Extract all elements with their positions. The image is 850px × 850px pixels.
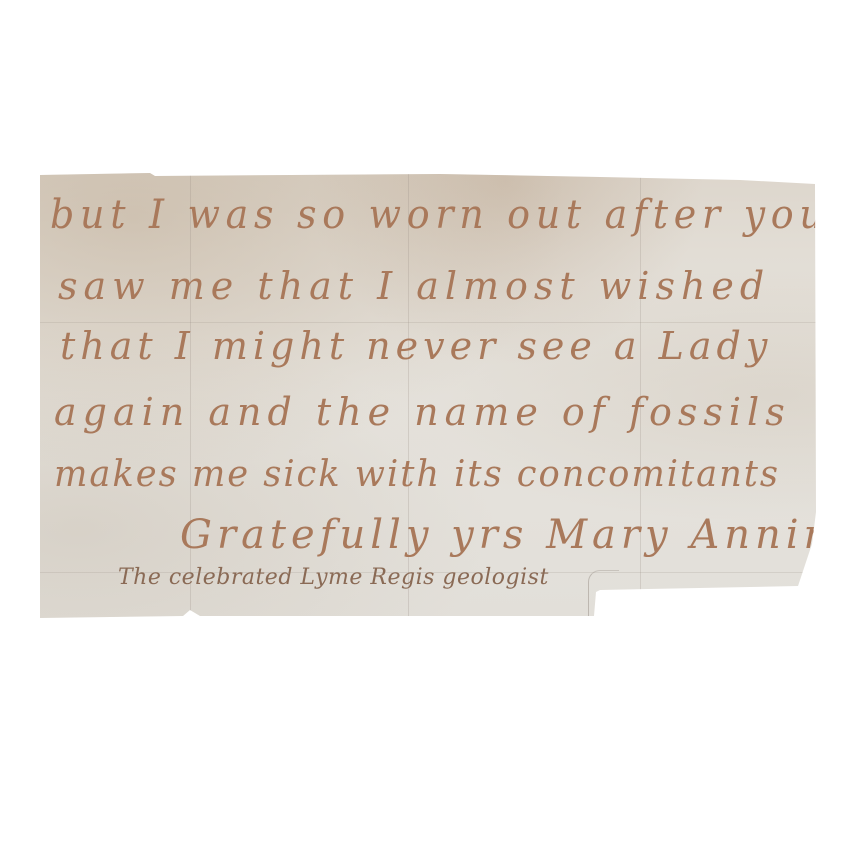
later-annotation: The celebrated Lyme Regis geologist xyxy=(118,565,549,590)
letter-line-1: but I was so worn out after you xyxy=(50,192,830,238)
photo-background: but I was so worn out after you saw me t… xyxy=(0,0,850,850)
letter-paper: but I was so worn out after you saw me t… xyxy=(40,172,816,618)
fold-crease xyxy=(40,322,816,323)
signature: Gratefully yrs Mary Anning xyxy=(180,512,850,558)
letter-line-4: again and the name of fossils xyxy=(54,390,791,434)
letter-line-5: makes me sick with its concomitants xyxy=(54,454,780,495)
paper-tear xyxy=(588,570,619,617)
letter-line-3: that I might never see a Lady xyxy=(60,324,772,368)
letter-line-2: saw me that I almost wished xyxy=(58,264,770,308)
